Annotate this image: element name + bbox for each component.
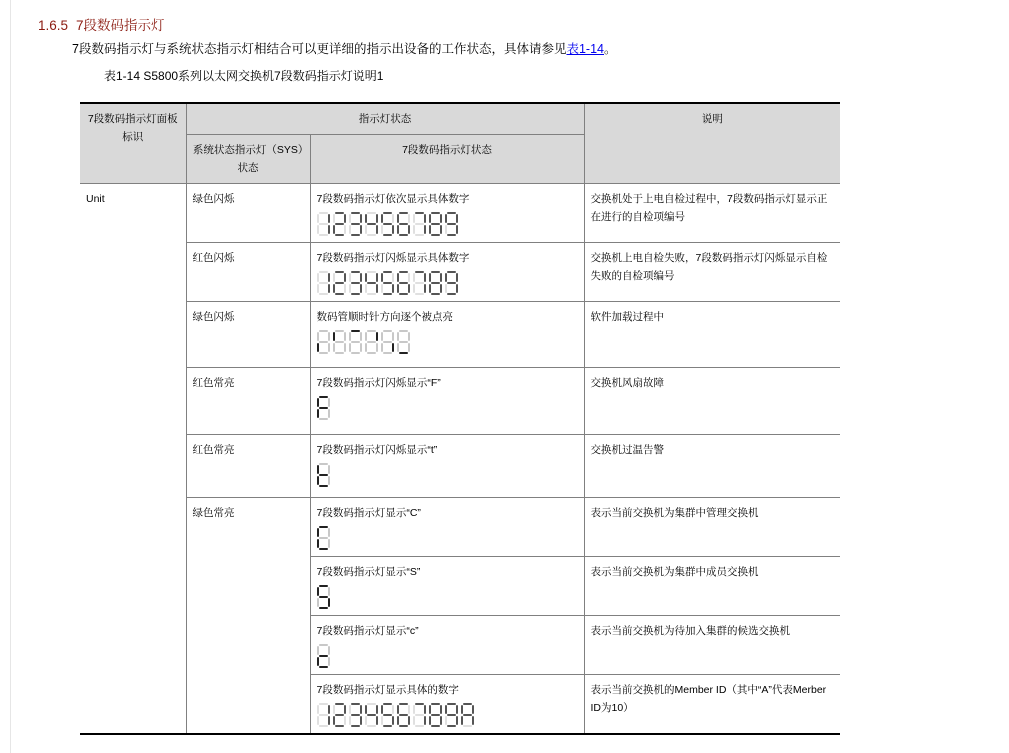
segment-digit-icon bbox=[413, 703, 426, 727]
segment-digit-icon bbox=[429, 703, 442, 727]
seg-state-cell: 7段数码指示灯闪烁显示“F” bbox=[310, 368, 584, 435]
segment-digit-icon bbox=[349, 212, 362, 236]
section-title: 7段数码指示灯 bbox=[76, 18, 165, 33]
intro-text-end: 。 bbox=[604, 42, 617, 56]
seg-state-cell: 7段数码指示灯显示“S” bbox=[310, 557, 584, 616]
seg-state-text: 7段数码指示灯闪烁显示具体数字 bbox=[317, 249, 578, 267]
seg-state-cell: 7段数码指示灯闪烁显示具体数字 bbox=[310, 243, 584, 302]
description-cell: 表示当前交换机为集群中管理交换机 bbox=[584, 498, 840, 557]
segment-digit-icon bbox=[317, 526, 330, 550]
table-reference-link[interactable]: 表1-14 bbox=[566, 42, 604, 56]
seg-state-text: 7段数码指示灯显示“c” bbox=[317, 622, 578, 640]
sys-state-cell: 红色常亮 bbox=[186, 435, 310, 498]
seg-state-text: 7段数码指示灯显示具体的数字 bbox=[317, 681, 578, 699]
segment-digit-icon bbox=[317, 585, 330, 609]
seven-segment-display bbox=[317, 330, 578, 354]
table-row: 绿色常亮7段数码指示灯显示“C”表示当前交换机为集群中管理交换机 bbox=[80, 498, 840, 557]
seg-state-cell: 7段数码指示灯显示具体的数字 bbox=[310, 675, 584, 735]
segment-digit-icon bbox=[349, 330, 362, 354]
sys-state-cell: 红色闪烁 bbox=[186, 243, 310, 302]
segment-digit-icon bbox=[349, 703, 362, 727]
segment-digit-icon bbox=[317, 463, 330, 487]
description-cell: 表示当前交换机为集群中成员交换机 bbox=[584, 557, 840, 616]
segment-digit-icon bbox=[397, 271, 410, 295]
sys-state-cell: 红色常亮 bbox=[186, 368, 310, 435]
seg-state-text: 7段数码指示灯闪烁显示“F” bbox=[317, 374, 578, 392]
table-row: 红色闪烁7段数码指示灯闪烁显示具体数字交换机上电自检失败，7段数码指示灯闪烁显示… bbox=[80, 243, 840, 302]
indicator-table: 7段数码指示灯面板标识 指示灯状态 说明 系统状态指示灯（SYS）状态 7段数码… bbox=[80, 102, 840, 735]
segment-digit-icon bbox=[317, 330, 330, 354]
header-seg-state: 7段数码指示灯状态 bbox=[310, 135, 584, 184]
segment-digit-icon bbox=[381, 703, 394, 727]
description-cell: 表示当前交换机为待加入集群的候选交换机 bbox=[584, 616, 840, 675]
seg-state-text: 7段数码指示灯依次显示具体数字 bbox=[317, 190, 578, 208]
segment-digit-icon bbox=[317, 271, 330, 295]
segment-digit-icon bbox=[317, 703, 330, 727]
sys-state-cell: 绿色闪烁 bbox=[186, 184, 310, 243]
seg-state-cell: 7段数码指示灯依次显示具体数字 bbox=[310, 184, 584, 243]
seven-segment-display bbox=[317, 644, 578, 668]
segment-digit-icon bbox=[413, 271, 426, 295]
segment-digit-icon bbox=[333, 330, 346, 354]
sys-state-cell: 绿色常亮 bbox=[186, 498, 310, 735]
segment-digit-icon bbox=[381, 212, 394, 236]
segment-digit-icon bbox=[365, 212, 378, 236]
segment-digit-icon bbox=[445, 703, 458, 727]
segment-digit-icon bbox=[381, 271, 394, 295]
seven-segment-display bbox=[317, 271, 578, 295]
seven-segment-display bbox=[317, 585, 578, 609]
seg-state-text: 7段数码指示灯闪烁显示“t” bbox=[317, 441, 578, 459]
segment-digit-icon bbox=[445, 271, 458, 295]
section-heading: 1.6.57段数码指示灯 bbox=[38, 14, 165, 34]
sys-state-cell: 绿色闪烁 bbox=[186, 302, 310, 368]
segment-digit-icon bbox=[317, 396, 330, 420]
description-cell: 交换机处于上电自检过程中，7段数码指示灯显示正在进行的自检项编号 bbox=[584, 184, 840, 243]
seven-segment-display bbox=[317, 396, 578, 420]
panel-label-cell: Unit bbox=[80, 184, 186, 735]
segment-digit-icon bbox=[381, 330, 394, 354]
intro-paragraph: 7段数码指示灯与系统状态指示灯相结合可以更详细的指示出设备的工作状态，具体请参见… bbox=[72, 39, 617, 57]
header-sys-state: 系统状态指示灯（SYS）状态 bbox=[186, 135, 310, 184]
segment-digit-icon bbox=[397, 330, 410, 354]
seg-state-text: 7段数码指示灯显示“C” bbox=[317, 504, 578, 522]
segment-digit-icon bbox=[461, 703, 474, 727]
seg-state-cell: 7段数码指示灯显示“C” bbox=[310, 498, 584, 557]
seven-segment-display bbox=[317, 703, 578, 727]
segment-digit-icon bbox=[397, 703, 410, 727]
seven-segment-display bbox=[317, 212, 578, 236]
seg-state-cell: 数码管顺时针方向逐个被点亮 bbox=[310, 302, 584, 368]
section-number: 1.6.5 bbox=[38, 18, 68, 33]
segment-digit-icon bbox=[349, 271, 362, 295]
header-description: 说明 bbox=[584, 103, 840, 184]
header-indicator-state: 指示灯状态 bbox=[186, 103, 584, 135]
seg-state-text: 7段数码指示灯显示“S” bbox=[317, 563, 578, 581]
segment-digit-icon bbox=[365, 330, 378, 354]
table-row: Unit绿色闪烁7段数码指示灯依次显示具体数字交换机处于上电自检过程中，7段数码… bbox=[80, 184, 840, 243]
description-cell: 软件加载过程中 bbox=[584, 302, 840, 368]
table-caption: 表1-14 S5800系列以太网交换机7段数码指示灯说明1 bbox=[104, 67, 383, 84]
seven-segment-display bbox=[317, 463, 578, 487]
header-panel-label: 7段数码指示灯面板标识 bbox=[80, 103, 186, 184]
segment-digit-icon bbox=[413, 212, 426, 236]
segment-digit-icon bbox=[365, 271, 378, 295]
description-cell: 交换机过温告警 bbox=[584, 435, 840, 498]
segment-digit-icon bbox=[333, 271, 346, 295]
table-row: 红色常亮7段数码指示灯闪烁显示“F”交换机风扇故障 bbox=[80, 368, 840, 435]
seg-state-cell: 7段数码指示灯闪烁显示“t” bbox=[310, 435, 584, 498]
segment-digit-icon bbox=[429, 271, 442, 295]
segment-digit-icon bbox=[333, 212, 346, 236]
table-row: 红色常亮7段数码指示灯闪烁显示“t”交换机过温告警 bbox=[80, 435, 840, 498]
table-row: 绿色闪烁数码管顺时针方向逐个被点亮软件加载过程中 bbox=[80, 302, 840, 368]
description-cell: 交换机风扇故障 bbox=[584, 368, 840, 435]
intro-text: 7段数码指示灯与系统状态指示灯相结合可以更详细的指示出设备的工作状态，具体请参见 bbox=[72, 42, 566, 56]
seg-state-cell: 7段数码指示灯显示“c” bbox=[310, 616, 584, 675]
segment-digit-icon bbox=[317, 644, 330, 668]
description-cell: 表示当前交换机的Member ID（其中“A”代表Merber ID为10） bbox=[584, 675, 840, 735]
segment-digit-icon bbox=[397, 212, 410, 236]
page-left-rule bbox=[10, 0, 11, 753]
segment-digit-icon bbox=[333, 703, 346, 727]
seven-segment-display bbox=[317, 526, 578, 550]
description-cell: 交换机上电自检失败，7段数码指示灯闪烁显示自检失败的自检项编号 bbox=[584, 243, 840, 302]
segment-digit-icon bbox=[365, 703, 378, 727]
seg-state-text: 数码管顺时针方向逐个被点亮 bbox=[317, 308, 578, 326]
segment-digit-icon bbox=[429, 212, 442, 236]
segment-digit-icon bbox=[317, 212, 330, 236]
segment-digit-icon bbox=[445, 212, 458, 236]
